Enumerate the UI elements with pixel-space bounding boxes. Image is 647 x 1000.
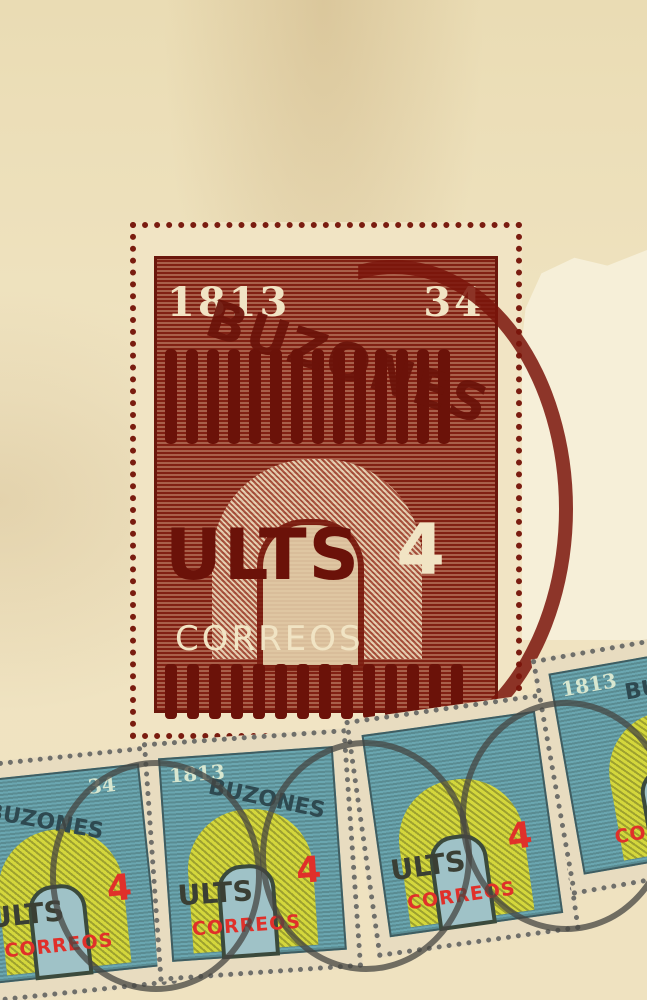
overprint-ults: ULTS [165, 514, 361, 596]
gray-postmark-circle [50, 760, 262, 992]
overprint-buzones: BU [623, 675, 647, 706]
stamp-year: 1813 [559, 668, 618, 701]
gray-postmark-circle [260, 740, 472, 972]
correos-label: CORREOS [175, 619, 364, 659]
